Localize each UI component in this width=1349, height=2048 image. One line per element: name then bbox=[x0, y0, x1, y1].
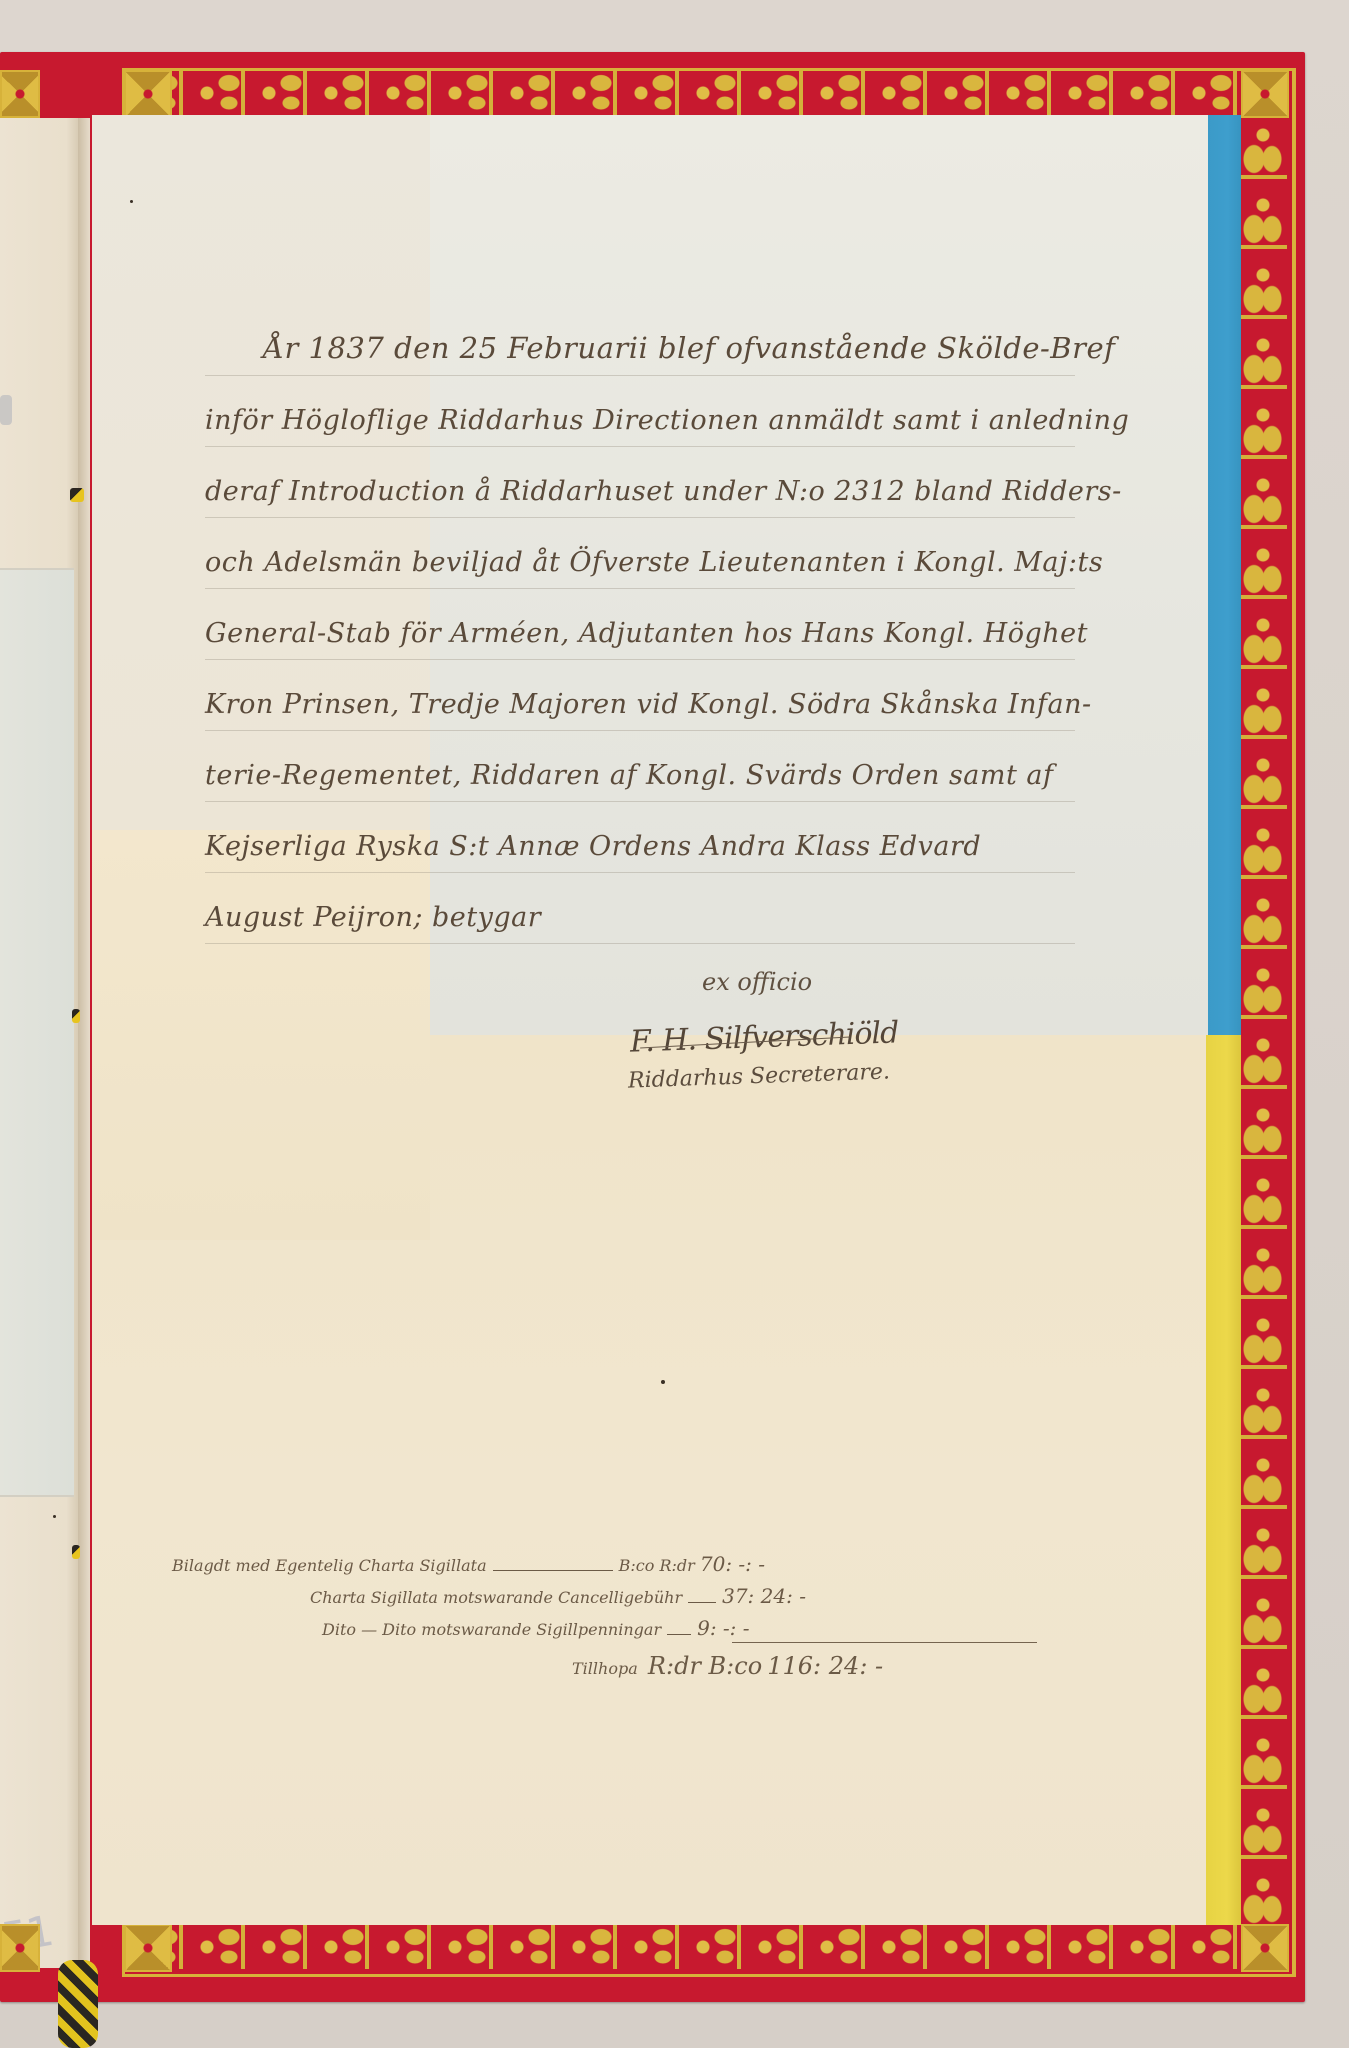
fee-amount: 37: 24: - bbox=[722, 1584, 806, 1608]
fee-total-row: Tillhopa R:dr B:co 116: 24: - bbox=[572, 1652, 883, 1680]
binding-thread-bottom bbox=[72, 1545, 80, 1559]
text-line-6: Kron Prinsen, Tredje Majoren vid Kongl. … bbox=[205, 660, 1075, 731]
text-line-9: August Peijron; betygar bbox=[205, 873, 1075, 944]
fee-row-2: Charta Sigillata motswarande Cancelligeb… bbox=[310, 1584, 806, 1608]
text-line-8: Kejserliga Ryska S:t Annæ Ordens Andra K… bbox=[205, 802, 1075, 873]
ink-speck bbox=[53, 1515, 56, 1518]
total-label: Tillhopa bbox=[572, 1659, 638, 1678]
spine-ornament-top bbox=[0, 70, 40, 118]
text-line-5: General-Stab för Arméen, Adjutanten hos … bbox=[205, 589, 1075, 660]
binding-thread-top bbox=[70, 488, 84, 502]
spine-ornament-bottom bbox=[0, 1924, 40, 1972]
left-pencil-mark-top bbox=[0, 395, 12, 425]
registration-text: År 1837 den 25 Februarii blef ofvanståen… bbox=[205, 305, 1075, 944]
fee-row-1: Bilagdt med Egentelig Charta Sigillata B… bbox=[172, 1552, 765, 1576]
fee-row-3: Dito — Dito motswarande Sigillpenningar … bbox=[322, 1616, 750, 1640]
ink-speck bbox=[661, 1380, 665, 1384]
fee-label: Bilagdt med Egentelig Charta Sigillata bbox=[172, 1556, 487, 1575]
left-page-insert bbox=[0, 568, 74, 1497]
text-line-4: och Adelsmän beviljad åt Öfverste Lieute… bbox=[205, 518, 1075, 589]
binding-gutter bbox=[78, 118, 90, 1973]
corner-rosette-bottom-right bbox=[1241, 1924, 1289, 1972]
fee-amount: 70: -: - bbox=[700, 1552, 765, 1576]
fee-label: Dito — Dito motswarande Sigillpenningar bbox=[322, 1620, 661, 1639]
fee-currency: B:co R:dr bbox=[619, 1556, 695, 1575]
corner-rosette-top-left bbox=[124, 70, 172, 118]
ribbon-yellow bbox=[1206, 1035, 1241, 1925]
binding-cord bbox=[58, 1960, 98, 2048]
fee-amount: 9: -: - bbox=[697, 1616, 749, 1640]
leader-dash bbox=[493, 1570, 613, 1571]
text-line-1: År 1837 den 25 Februarii blef ofvanståen… bbox=[205, 305, 1075, 376]
fee-label: Charta Sigillata motswarande Cancelligeb… bbox=[310, 1588, 682, 1607]
gilt-border-top bbox=[125, 71, 1287, 115]
leader-dash bbox=[667, 1634, 691, 1635]
leader-dash bbox=[688, 1602, 716, 1603]
total-rule bbox=[732, 1642, 1037, 1643]
total-amount: 116: 24: - bbox=[767, 1652, 883, 1680]
text-line-2: inför Högloflige Riddarhus Directionen a… bbox=[205, 376, 1075, 447]
gilt-rule-right-outer bbox=[1292, 70, 1295, 1975]
text-line-7: terie-Regementet, Riddaren af Kongl. Svä… bbox=[205, 731, 1075, 802]
corner-rosette-top-right bbox=[1241, 70, 1289, 118]
gilt-border-bottom bbox=[125, 1925, 1287, 1969]
gilt-border-right bbox=[1240, 115, 1287, 1925]
corner-rosette-bottom-left bbox=[124, 1924, 172, 1972]
binding-thread-middle bbox=[72, 1009, 80, 1023]
text-line-3: deraf Introduction å Riddarhuset under N… bbox=[205, 447, 1075, 518]
ex-officio-note: ex officio bbox=[702, 968, 812, 996]
total-currency: R:dr B:co bbox=[648, 1652, 762, 1680]
ink-speck bbox=[130, 200, 133, 203]
ribbon-blue bbox=[1208, 115, 1241, 1035]
